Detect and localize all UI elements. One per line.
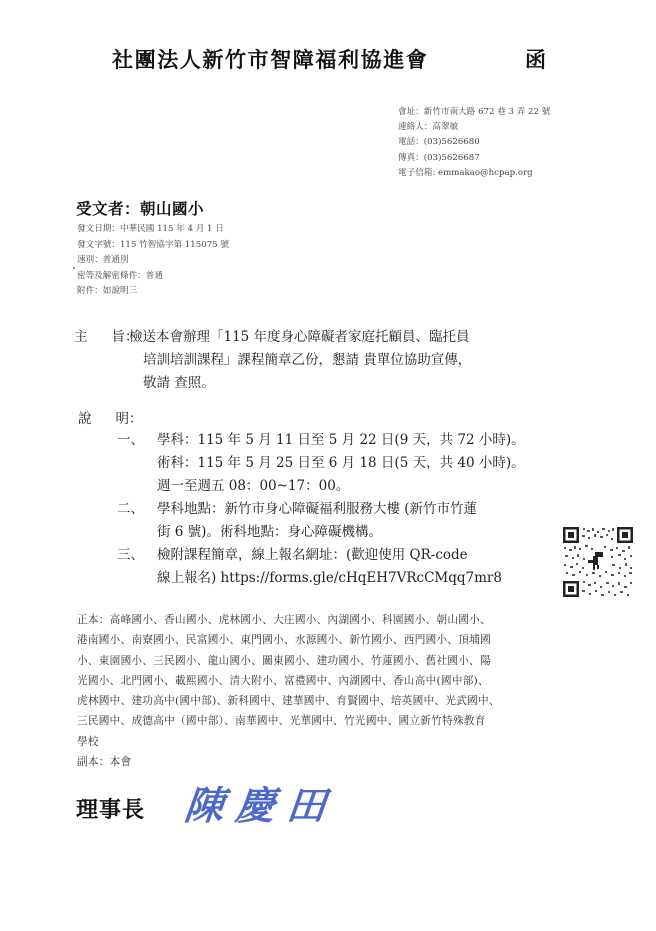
explanation-item-2: 學科地點：新竹市身心障礙福利服務大樓 (新竹市竹蓮 街 6 號)。術科地點：身心… (157, 498, 477, 544)
contact-phone: 電話：(03)5626680 (398, 135, 550, 150)
explanation-label: 說明： (78, 407, 143, 427)
distribution-line: 三民國中、成德高中（國中部）、南華國中、光華國中、竹光國中、國立新竹特殊教育 (77, 711, 637, 731)
item-line: 週一至週五 08：00~17：00。 (157, 475, 525, 498)
dot-mark (73, 267, 75, 269)
chairman-title: 理事長 (76, 793, 145, 824)
qr-code-icon[interactable] (561, 525, 635, 599)
item-line: 學科：115 年 5 月 11 日至 5 月 22 日(9 天，共 72 小時)… (157, 429, 525, 452)
attachment: 附件：如說明三 (77, 284, 229, 300)
subject-body: 檢送本會辦理「115 年度身心障礙者家庭托顧員、臨托員 培訓培訓課程」課程簡章乙… (129, 326, 639, 395)
security-class: 密等及解密條件：普通 (77, 269, 229, 285)
distribution-line: 學校 (77, 732, 637, 752)
registration-link[interactable]: 線上報名) https://forms.gle/cHqEH7VRcCMqq7mr… (157, 567, 502, 590)
copy-recipient: 副本：本會 (77, 752, 637, 772)
contact-block: 會址：新竹市南大路 672 巷 3 弄 22 號 連絡人：高翠敏 電話：(03)… (398, 105, 550, 181)
item-line: 街 6 號)。術科地點：身心障礙機構。 (157, 521, 477, 544)
distribution-line: 虎林國中、建功高中(國中部)、新科國中、建華國中、育賢國中、培英國中、光武國中、 (77, 691, 637, 711)
item-line: 檢附課程簡章，線上報名網址：(歡迎使用 QR-code (157, 544, 502, 567)
contact-fax: 傳真：(03)5626687 (398, 151, 550, 166)
speed-class: 速別：普通別 (77, 253, 229, 269)
explanation-item-1: 學科：115 年 5 月 11 日至 5 月 22 日(9 天，共 72 小時)… (157, 429, 525, 498)
item-line: 術科：115 年 5 月 25 日至 6 月 18 日(5 天，共 40 小時)… (157, 452, 525, 475)
item-number: 一、 (117, 429, 144, 452)
subject-line: 檢送本會辦理「115 年度身心障礙者家庭托顧員、臨托員 (129, 326, 639, 349)
meta-block: 發文日期：中華民國 115 年 4 月 1 日 發文字號：115 竹智協字第 1… (77, 222, 229, 300)
contact-person: 連絡人：高翠敏 (398, 120, 550, 135)
distribution-line: 小、東園國小、三民國小、龍山國小、關東國小、建功國小、竹蓮國小、舊社國小、陽 (77, 651, 637, 671)
distribution-line: 港南國小、南寮國小、民富國小、東門國小、水源國小、新竹國小、西門國小、頂埔國 (77, 630, 637, 650)
distribution-line: 光國小、北門國小、載熙國小、清大附小、富禮國中、內湖國中、香山高中(國中部)、 (77, 671, 637, 691)
item-number: 二、 (117, 498, 144, 521)
doc-type: 函 (525, 44, 546, 74)
org-title: 社團法人新竹市智障福利協進會 (112, 44, 428, 74)
issue-date: 發文日期：中華民國 115 年 4 月 1 日 (77, 222, 229, 238)
item-line: 學科地點：新竹市身心障礙福利服務大樓 (新竹市竹蓮 (157, 498, 477, 521)
subject-line: 敬請 查照。 (129, 372, 639, 395)
subject-line: 培訓培訓課程」課程簡章乙份，懇請 貴單位協助宣傳， (129, 349, 639, 372)
contact-address: 會址：新竹市南大路 672 巷 3 弄 22 號 (398, 105, 550, 120)
distribution-list: 正本：高峰國小、香山國小、虎林國小、大庄國小、內湖國小、科園國小、朝山國小、 港… (77, 610, 637, 772)
signature-stamp: 陳慶田 (182, 775, 341, 831)
explanation-item-3: 檢附課程簡章，線上報名網址：(歡迎使用 QR-code 線上報名) https:… (157, 544, 502, 590)
distribution-line: 正本：高峰國小、香山國小、虎林國小、大庄國小、內湖國小、科園國小、朝山國小、 (77, 610, 637, 630)
recipient: 受文者：朝山國小 (76, 197, 204, 219)
contact-email: 電子信箱: emmakao@hcpap.org (398, 166, 550, 181)
item-number: 三、 (117, 544, 144, 567)
doc-number: 發文字號：115 竹智協字第 115075 號 (77, 238, 229, 254)
